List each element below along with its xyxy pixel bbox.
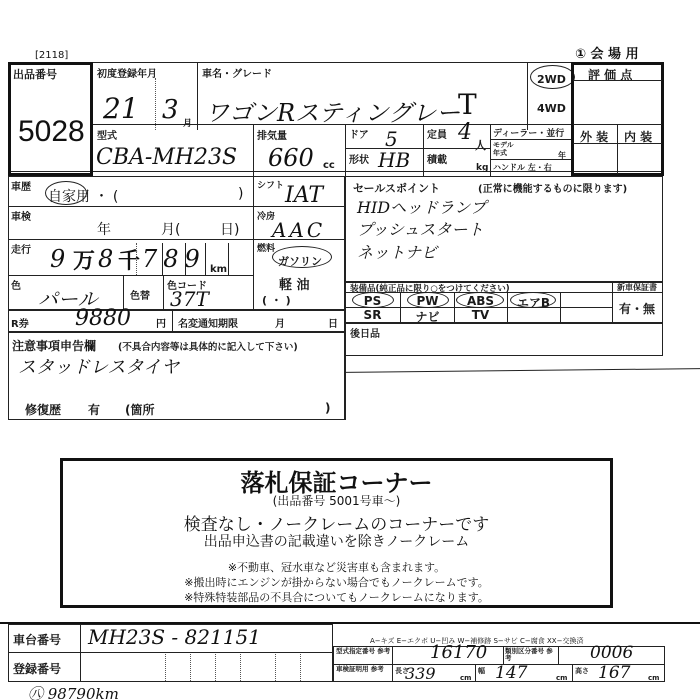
doors-label: ドア bbox=[349, 126, 369, 141]
body-shape-value: HB bbox=[378, 148, 410, 172]
load-unit: kg bbox=[476, 163, 488, 173]
color-code-value: 37T bbox=[170, 287, 209, 311]
equip-pw-circle bbox=[407, 292, 449, 308]
fuel-selected-circle bbox=[272, 246, 332, 268]
guarantee-note-3: ※特殊特装部品の不具合についてもノークレームになります。 bbox=[60, 589, 613, 605]
repair-close: ) bbox=[325, 401, 330, 415]
later-items-label: 後日品 bbox=[350, 325, 380, 340]
drive-4wd: 4WD bbox=[537, 102, 566, 115]
model-year-label: モデル 年式 bbox=[493, 141, 523, 157]
lot-label: 出品番号 bbox=[13, 66, 57, 82]
length-value: 339 bbox=[405, 664, 436, 683]
color-change-label: 色替 bbox=[130, 287, 150, 302]
dimensions-label: 車検証明用 参考 bbox=[336, 666, 392, 673]
height-unit: cm bbox=[648, 674, 659, 682]
displacement-label: 排気量 bbox=[257, 127, 287, 142]
guarantee-note-2: ※搬出時にエンジンが掛からない場合でもノークレームです。 bbox=[60, 574, 613, 590]
fuel-other: ( ・ ) bbox=[262, 292, 291, 308]
history-label: 車歴 bbox=[11, 178, 31, 193]
mileage-rest: 789 bbox=[142, 245, 206, 273]
color-label: 色 bbox=[11, 277, 21, 292]
car-grade-value: T bbox=[458, 88, 477, 121]
later-items-box bbox=[345, 323, 663, 356]
equip-ps-circle bbox=[352, 292, 394, 308]
name-change-label: 名変通知期限 bbox=[178, 315, 238, 330]
history-circle bbox=[45, 181, 87, 205]
guarantee-subtitle: (出品番号 5001号車〜) bbox=[60, 492, 613, 509]
mileage-sen-digit: 8 bbox=[98, 245, 113, 273]
mileage-unit: km bbox=[210, 264, 227, 275]
mileage-man-digit: 9 bbox=[50, 245, 65, 273]
notes-hint: (不具合内容等は具体的に記入して下さい) bbox=[118, 339, 298, 353]
height-value: 167 bbox=[598, 663, 630, 683]
equip-abs-circle bbox=[456, 292, 504, 308]
chassis-label: 車台番号 bbox=[13, 631, 61, 648]
type-approval-label: 型式指定番号 参考 bbox=[336, 648, 392, 655]
drive-selected-circle bbox=[530, 65, 575, 89]
fuel-label: 燃料 bbox=[257, 241, 275, 254]
recycle-row bbox=[8, 310, 345, 332]
dealer-label: ディーラー・並行 bbox=[493, 126, 564, 139]
body-shape-label: 形状 bbox=[349, 151, 369, 166]
capacity-unit: 人 bbox=[475, 137, 486, 153]
sale-point-2: プッシュスタート bbox=[357, 217, 484, 240]
shift-label: シフト bbox=[257, 178, 284, 191]
recycle-value: 9880 bbox=[75, 306, 131, 331]
car-name-value: ワゴンRスティングレー bbox=[205, 93, 460, 128]
footnote: ㊇ 98790km bbox=[28, 683, 119, 700]
notes-value: スタッドレスタイヤ bbox=[18, 353, 179, 379]
sale-point-3: ネットナビ bbox=[357, 240, 437, 263]
recycle-unit: 円 bbox=[156, 315, 166, 330]
equip-airbag-circle bbox=[510, 292, 556, 308]
width-value: 147 bbox=[495, 663, 527, 683]
inspection-year: 年 bbox=[97, 219, 111, 239]
car-name-label: 車名・グレード bbox=[202, 65, 272, 80]
class-value: 0006 bbox=[590, 643, 633, 663]
lot-number: 5028 bbox=[18, 115, 85, 149]
equip-sr: SR bbox=[350, 308, 395, 322]
mileage-man: 万 bbox=[73, 244, 95, 275]
height-label: 高さ bbox=[575, 666, 589, 676]
displacement-unit: cc bbox=[323, 160, 335, 171]
repair-value: 有 bbox=[88, 401, 100, 418]
capacity-label: 定員 bbox=[427, 126, 447, 141]
model-code-value: CBA-MH23S bbox=[96, 145, 237, 170]
type-approval-value: 16170 bbox=[430, 642, 487, 663]
first-registration-year: 21 bbox=[103, 92, 139, 125]
sheet-code: [2118] bbox=[35, 50, 68, 61]
class-label: 類別区分番号 参考 bbox=[505, 648, 557, 662]
guarantee-line2: 出品申込書の記載違いを除きノークレーム bbox=[60, 531, 613, 551]
capacity-value: 4 bbox=[458, 120, 472, 145]
aircon-value: AAC bbox=[272, 218, 325, 242]
registration-label: 登録番号 bbox=[13, 660, 61, 677]
handle-label: ハンドル 左・右 bbox=[493, 162, 552, 173]
name-change-month: 月 bbox=[275, 315, 285, 330]
model-code-label: 型式 bbox=[97, 127, 117, 142]
inspection-label: 車検 bbox=[11, 208, 31, 223]
notes-label: 注意事項申告欄 bbox=[12, 337, 96, 354]
width-label: 幅 bbox=[478, 666, 485, 676]
repair-label: 修復歴 bbox=[25, 401, 61, 418]
guarantee-note-1: ※不動車、冠水車など災害車も含まれます。 bbox=[60, 559, 613, 575]
name-change-day: 日 bbox=[328, 315, 338, 330]
displacement-value: 660 bbox=[268, 144, 314, 172]
mileage-label: 走行 bbox=[11, 241, 31, 256]
chassis-value: MH23S - 821151 bbox=[88, 625, 261, 649]
warranty-label: 新車保証書 bbox=[612, 282, 662, 293]
length-unit: cm bbox=[460, 674, 471, 682]
sale-point-1: HIDヘッドランプ bbox=[357, 195, 486, 218]
equip-tv: TV bbox=[458, 308, 503, 322]
repair-place: (箇所 bbox=[125, 401, 155, 418]
month-suffix: 月 bbox=[183, 116, 192, 129]
first-registration-month: 3 bbox=[162, 95, 179, 125]
first-registration-label: 初度登録年月 bbox=[97, 65, 157, 80]
shift-value: IAT bbox=[285, 183, 323, 208]
warranty-value: 有・無 bbox=[612, 300, 662, 317]
sale-points-label: セールスポイント bbox=[353, 180, 440, 196]
load-label: 積載 bbox=[427, 151, 447, 166]
width-unit: cm bbox=[556, 674, 567, 682]
sale-points-note: (正常に機能するものに限ります) bbox=[478, 180, 627, 195]
fuel-diesel: 軽 油 bbox=[279, 274, 310, 293]
inspection-day: 日) bbox=[220, 219, 239, 239]
recycle-label: R券 bbox=[11, 315, 29, 330]
history-close: ) bbox=[238, 186, 243, 202]
inspection-month: 月( bbox=[161, 219, 180, 239]
venue-use-label: ① 会 場 用 bbox=[575, 43, 639, 62]
